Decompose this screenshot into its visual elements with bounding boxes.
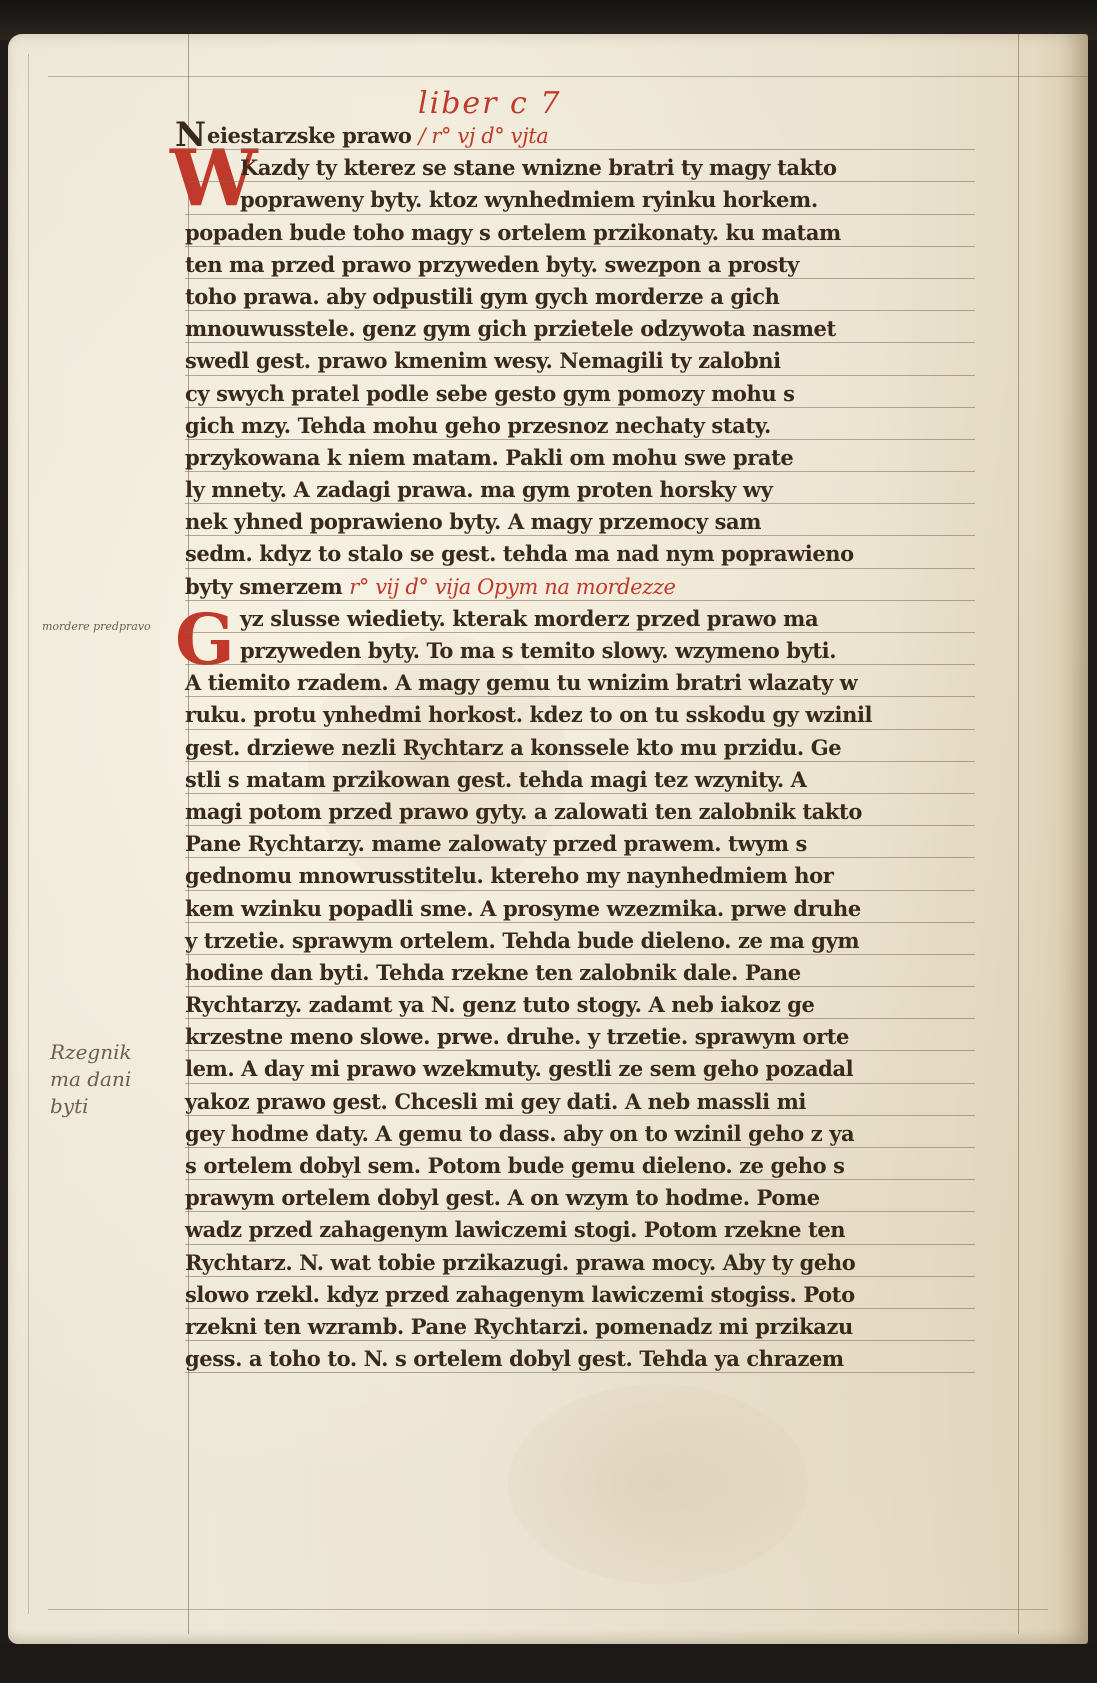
text-line: kem wzinku popadli sme. A prosyme wzezmi… — [185, 893, 975, 925]
text-line: rzekni ten wzramb. Pane Rychtarzi. pomen… — [185, 1311, 975, 1343]
margin-note-mordere: mordere predpravo — [42, 620, 151, 633]
line-text: Rychtarz. N. wat tobie przikazugi. prawa… — [185, 1250, 855, 1275]
line-text: nek yhned poprawieno byty. A magy przemo… — [185, 509, 761, 534]
line-text: wadz przed zahagenym lawiczemi stogi. Po… — [185, 1217, 845, 1242]
rubric-text: / r° vj d° vjta — [418, 124, 548, 148]
line-text: eiestarzske prawo — [207, 123, 412, 148]
text-line-rubric: byty smerzem r° vij d° vija Opym na mord… — [185, 571, 975, 603]
text-line: krzestne meno slowe. prwe. druhe. y trze… — [185, 1021, 975, 1053]
line-text: yz slusse wiediety. kterak morderz przed… — [240, 606, 818, 631]
text-line: Kazdy ty kterez se stane wnizne bratri t… — [185, 152, 975, 184]
line-text: ten ma przed prawo przyweden byty. swezp… — [185, 252, 799, 277]
line-text: popaden bude toho magy s ortelem przikon… — [185, 220, 841, 245]
text-line: slowo rzekl. kdyz przed zahagenym lawicz… — [185, 1279, 975, 1311]
ruling-top — [48, 76, 1088, 77]
line-text: mnouwusstele. genz gym gich przietele od… — [185, 316, 836, 341]
text-line: lem. A day mi prawo wzekmuty. gestli ze … — [185, 1053, 975, 1085]
text-line: sedm. kdyz to stalo se gest. tehda ma na… — [185, 538, 975, 570]
text-line: stli s matam przikowan gest. tehda magi … — [185, 764, 975, 796]
text-line: wadz przed zahagenym lawiczemi stogi. Po… — [185, 1214, 975, 1246]
ruling-bottom — [48, 1609, 1048, 1610]
line-text: popraweny byty. ktoz wynhedmiem ryinku h… — [240, 187, 818, 212]
text-line: cy swych pratel podle sebe gesto gym pom… — [185, 378, 975, 410]
line-text: Pane Rychtarzy. mame zalowaty przed praw… — [185, 831, 807, 856]
line-text: toho prawa. aby odpustili gym gych morde… — [185, 284, 779, 309]
line-text: prawym ortelem dobyl gest. A on wzym to … — [185, 1185, 820, 1210]
line-text: krzestne meno slowe. prwe. druhe. y trze… — [185, 1024, 849, 1049]
text-line: popaden bude toho magy s ortelem przikon… — [185, 217, 975, 249]
text-line: nek yhned poprawieno byty. A magy przemo… — [185, 506, 975, 538]
margin-note-line: byti — [50, 1093, 132, 1120]
running-head: liber c 7 — [418, 86, 561, 121]
text-line: ruku. protu ynhedmi horkost. kdez to on … — [185, 699, 975, 731]
ruling-outer-left — [28, 54, 29, 1614]
line-text: byty smerzem — [185, 574, 342, 599]
text-line: gess. a toho to. N. s ortelem dobyl gest… — [185, 1343, 975, 1375]
text-line: przyweden byty. To ma s temito slowy. wz… — [185, 635, 975, 667]
text-line: hodine dan byti. Tehda rzekne ten zalobn… — [185, 957, 975, 989]
line-text: stli s matam przikowan gest. tehda magi … — [185, 767, 807, 792]
main-text-block: eiestarzske prawo / r° vj d° vjta Kazdy … — [185, 120, 975, 1375]
text-line: Pane Rychtarzy. mame zalowaty przed praw… — [185, 828, 975, 860]
line-text: magi potom przed prawo gyty. a zalowati … — [185, 799, 862, 824]
line-text: y trzetie. sprawym ortelem. Tehda bude d… — [185, 928, 859, 953]
line-text: kem wzinku popadli sme. A prosyme wzezmi… — [185, 896, 861, 921]
text-line: prawym ortelem dobyl gest. A on wzym to … — [185, 1182, 975, 1214]
line-text: Rychtarzy. zadamt ya N. genz tuto stogy.… — [185, 992, 815, 1017]
text-line: y trzetie. sprawym ortelem. Tehda bude d… — [185, 925, 975, 957]
line-text: yakoz prawo gest. Chcesli mi gey dati. A… — [185, 1089, 806, 1114]
text-line: przykowana k niem matam. Pakli om mohu s… — [185, 442, 975, 474]
line-text: gest. drziewe nezli Rychtarz a konssele … — [185, 735, 841, 760]
text-line: Rychtarzy. zadamt ya N. genz tuto stogy.… — [185, 989, 975, 1021]
text-line: gey hodme daty. A gemu to dass. aby on t… — [185, 1118, 975, 1150]
line-text: Kazdy ty kterez se stane wnizne bratri t… — [240, 155, 837, 180]
line-text: A tiemito rzadem. A magy gemu tu wnizim … — [185, 670, 857, 695]
text-line: yakoz prawo gest. Chcesli mi gey dati. A… — [185, 1086, 975, 1118]
line-text: slowo rzekl. kdyz przed zahagenym lawicz… — [185, 1282, 855, 1307]
text-line: yz slusse wiediety. kterak morderz przed… — [185, 603, 975, 635]
line-text: s ortelem dobyl sem. Potom bude gemu die… — [185, 1153, 845, 1178]
dark-background-bottom — [0, 1644, 1097, 1683]
rubric-text: r° vij d° vija Opym na mordezze — [349, 575, 675, 599]
text-line: magi potom przed prawo gyty. a zalowati … — [185, 796, 975, 828]
line-text: przykowana k niem matam. Pakli om mohu s… — [185, 445, 793, 470]
parchment-stain — [508, 1384, 808, 1584]
line-text: przyweden byty. To ma s temito slowy. wz… — [240, 638, 836, 663]
line-text: lem. A day mi prawo wzekmuty. gestli ze … — [185, 1056, 853, 1081]
line-text: swedl gest. prawo kmenim wesy. Nemagili … — [185, 348, 781, 373]
ruling-right-text-margin — [1018, 34, 1019, 1634]
text-line: gednomu mnowrusstitelu. ktereho my naynh… — [185, 860, 975, 892]
page-edge-shadow — [1058, 34, 1088, 1644]
line-text: ly mnety. A zadagi prawa. ma gym proten … — [185, 477, 772, 502]
margin-note-line: ma dani — [50, 1066, 132, 1093]
line-text: gess. a toho to. N. s ortelem dobyl gest… — [185, 1346, 844, 1371]
margin-note-rzegnik: Rzegnik ma dani byti — [50, 1039, 132, 1120]
text-line-heading: eiestarzske prawo / r° vj d° vjta — [185, 120, 975, 152]
text-line: ly mnety. A zadagi prawa. ma gym proten … — [185, 474, 975, 506]
line-text: gich mzy. Tehda mohu geho przesnoz necha… — [185, 413, 771, 438]
text-line: popraweny byty. ktoz wynhedmiem ryinku h… — [185, 184, 975, 216]
text-line: s ortelem dobyl sem. Potom bude gemu die… — [185, 1150, 975, 1182]
text-line: toho prawa. aby odpustili gym gych morde… — [185, 281, 975, 313]
line-text: gey hodme daty. A gemu to dass. aby on t… — [185, 1121, 854, 1146]
line-text: ruku. protu ynhedmi horkost. kdez to on … — [185, 702, 872, 727]
text-line: A tiemito rzadem. A magy gemu tu wnizim … — [185, 667, 975, 699]
line-text: rzekni ten wzramb. Pane Rychtarzi. pomen… — [185, 1314, 853, 1339]
line-text: cy swych pratel podle sebe gesto gym pom… — [185, 381, 795, 406]
text-line: Rychtarz. N. wat tobie przikazugi. prawa… — [185, 1247, 975, 1279]
line-text: gednomu mnowrusstitelu. ktereho my naynh… — [185, 863, 833, 888]
margin-note-line: Rzegnik — [50, 1039, 132, 1066]
text-line: gest. drziewe nezli Rychtarz a konssele … — [185, 732, 975, 764]
text-line: ten ma przed prawo przyweden byty. swezp… — [185, 249, 975, 281]
text-line: swedl gest. prawo kmenim wesy. Nemagili … — [185, 345, 975, 377]
text-line: gich mzy. Tehda mohu geho przesnoz necha… — [185, 410, 975, 442]
line-text: hodine dan byti. Tehda rzekne ten zalobn… — [185, 960, 801, 985]
line-text: sedm. kdyz to stalo se gest. tehda ma na… — [185, 541, 854, 566]
text-line: mnouwusstele. genz gym gich przietele od… — [185, 313, 975, 345]
